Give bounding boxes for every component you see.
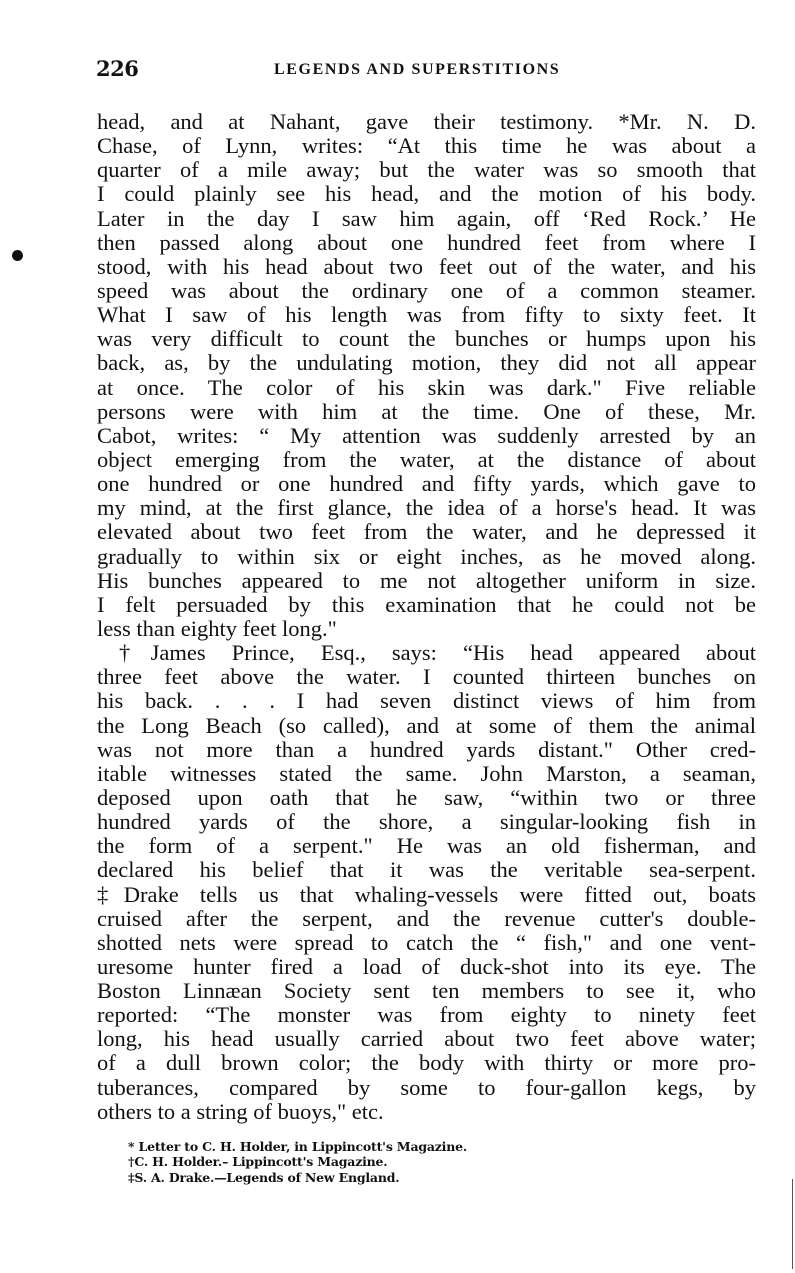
text-line: less than eighty feet long." [97, 617, 756, 641]
text-line: persons were with him at the time. One o… [97, 400, 756, 424]
text-line: head, and at Nahant, gave their testimon… [97, 110, 756, 134]
margin-ink-dot [12, 250, 23, 261]
text-line: itable witnesses stated the same. John M… [97, 762, 756, 786]
body-text: head, and at Nahant, gave their testimon… [97, 110, 756, 1124]
text-line: others to a string of buoys," etc. [97, 1100, 756, 1124]
text-line: tuberances, compared by some to four-gal… [97, 1076, 756, 1100]
text-line: deposed upon oath that he saw, “within t… [97, 786, 756, 810]
text-line: of a dull brown color; the body with thi… [97, 1051, 756, 1075]
text-line: my mind, at the first glance, the idea o… [97, 496, 756, 520]
footnote-1: * Letter to C. H. Holder, in Lippincott'… [128, 1139, 467, 1154]
text-line: at once. The color of his skin was dark.… [97, 376, 756, 400]
text-line: Chase, of Lynn, writes: “At this time he… [97, 134, 756, 158]
text-line: stood, with his head about two feet out … [97, 255, 756, 279]
text-line: shotted nets were spread to catch the “ … [97, 931, 756, 955]
text-line: cruised after the serpent, and the reven… [97, 907, 756, 931]
text-line: his back. . . . I had seven distinct vie… [97, 689, 756, 713]
text-line: ‡Drake tells us that whaling-vessels wer… [97, 883, 756, 907]
text-line: elevated about two feet from the water, … [97, 520, 756, 544]
text-line: declared his belief that it was the veri… [97, 858, 756, 882]
page-header: 226 LEGENDS AND SUPERSTITIONS [96, 56, 756, 86]
footnote-3: ‡S. A. Drake.—Legends of New England. [128, 1170, 467, 1185]
text-line: then passed along about one hundred feet… [97, 231, 756, 255]
text-line: gradually to within six or eight inches,… [97, 545, 756, 569]
text-line: His bunches appeared to me not altogethe… [97, 569, 756, 593]
text-line: was not more than a hundred yards distan… [97, 738, 756, 762]
text-line: hundred yards of the shore, a singular-l… [97, 810, 756, 834]
text-line: the form of a serpent." He was an old fi… [97, 834, 756, 858]
text-line: three feet above the water. I counted th… [97, 665, 756, 689]
text-line: Boston Linnæan Society sent ten members … [97, 979, 756, 1003]
page-number: 226 [96, 56, 138, 81]
text-line: I could plainly see his head, and the mo… [97, 182, 756, 206]
footnotes: * Letter to C. H. Holder, in Lippincott'… [128, 1139, 467, 1185]
text-line: What I saw of his length was from fifty … [97, 303, 756, 327]
text-line: Cabot, writes: “ My attention was sudden… [97, 424, 756, 448]
text-line: †James Prince, Esq., says: “His head app… [97, 641, 756, 665]
footnote-2: †C. H. Holder.– Lippincott's Magazine. [128, 1154, 467, 1169]
text-line: Later in the day I saw him again, off ‘R… [97, 207, 756, 231]
running-head: LEGENDS AND SUPERSTITIONS [274, 61, 560, 79]
text-line: I felt persuaded by this examination tha… [97, 593, 756, 617]
text-line: back, as, by the undulating motion, they… [97, 351, 756, 375]
text-line: object emerging from the water, at the d… [97, 448, 756, 472]
text-line: was very difficult to count the bunches … [97, 327, 756, 351]
text-line: reported: “The monster was from eighty t… [97, 1003, 756, 1027]
text-line: the Long Beach (so called), and at some … [97, 714, 756, 738]
text-line: quarter of a mile away; but the water wa… [97, 158, 756, 182]
text-line: speed was about the ordinary one of a co… [97, 279, 756, 303]
text-line: one hundred or one hundred and fifty yar… [97, 472, 756, 496]
text-line: uresome hunter fired a load of duck-shot… [97, 955, 756, 979]
book-page: 226 LEGENDS AND SUPERSTITIONS head, and … [0, 0, 795, 1273]
page-edge-line [792, 1179, 793, 1269]
text-line: long, his head usually carried about two… [97, 1027, 756, 1051]
